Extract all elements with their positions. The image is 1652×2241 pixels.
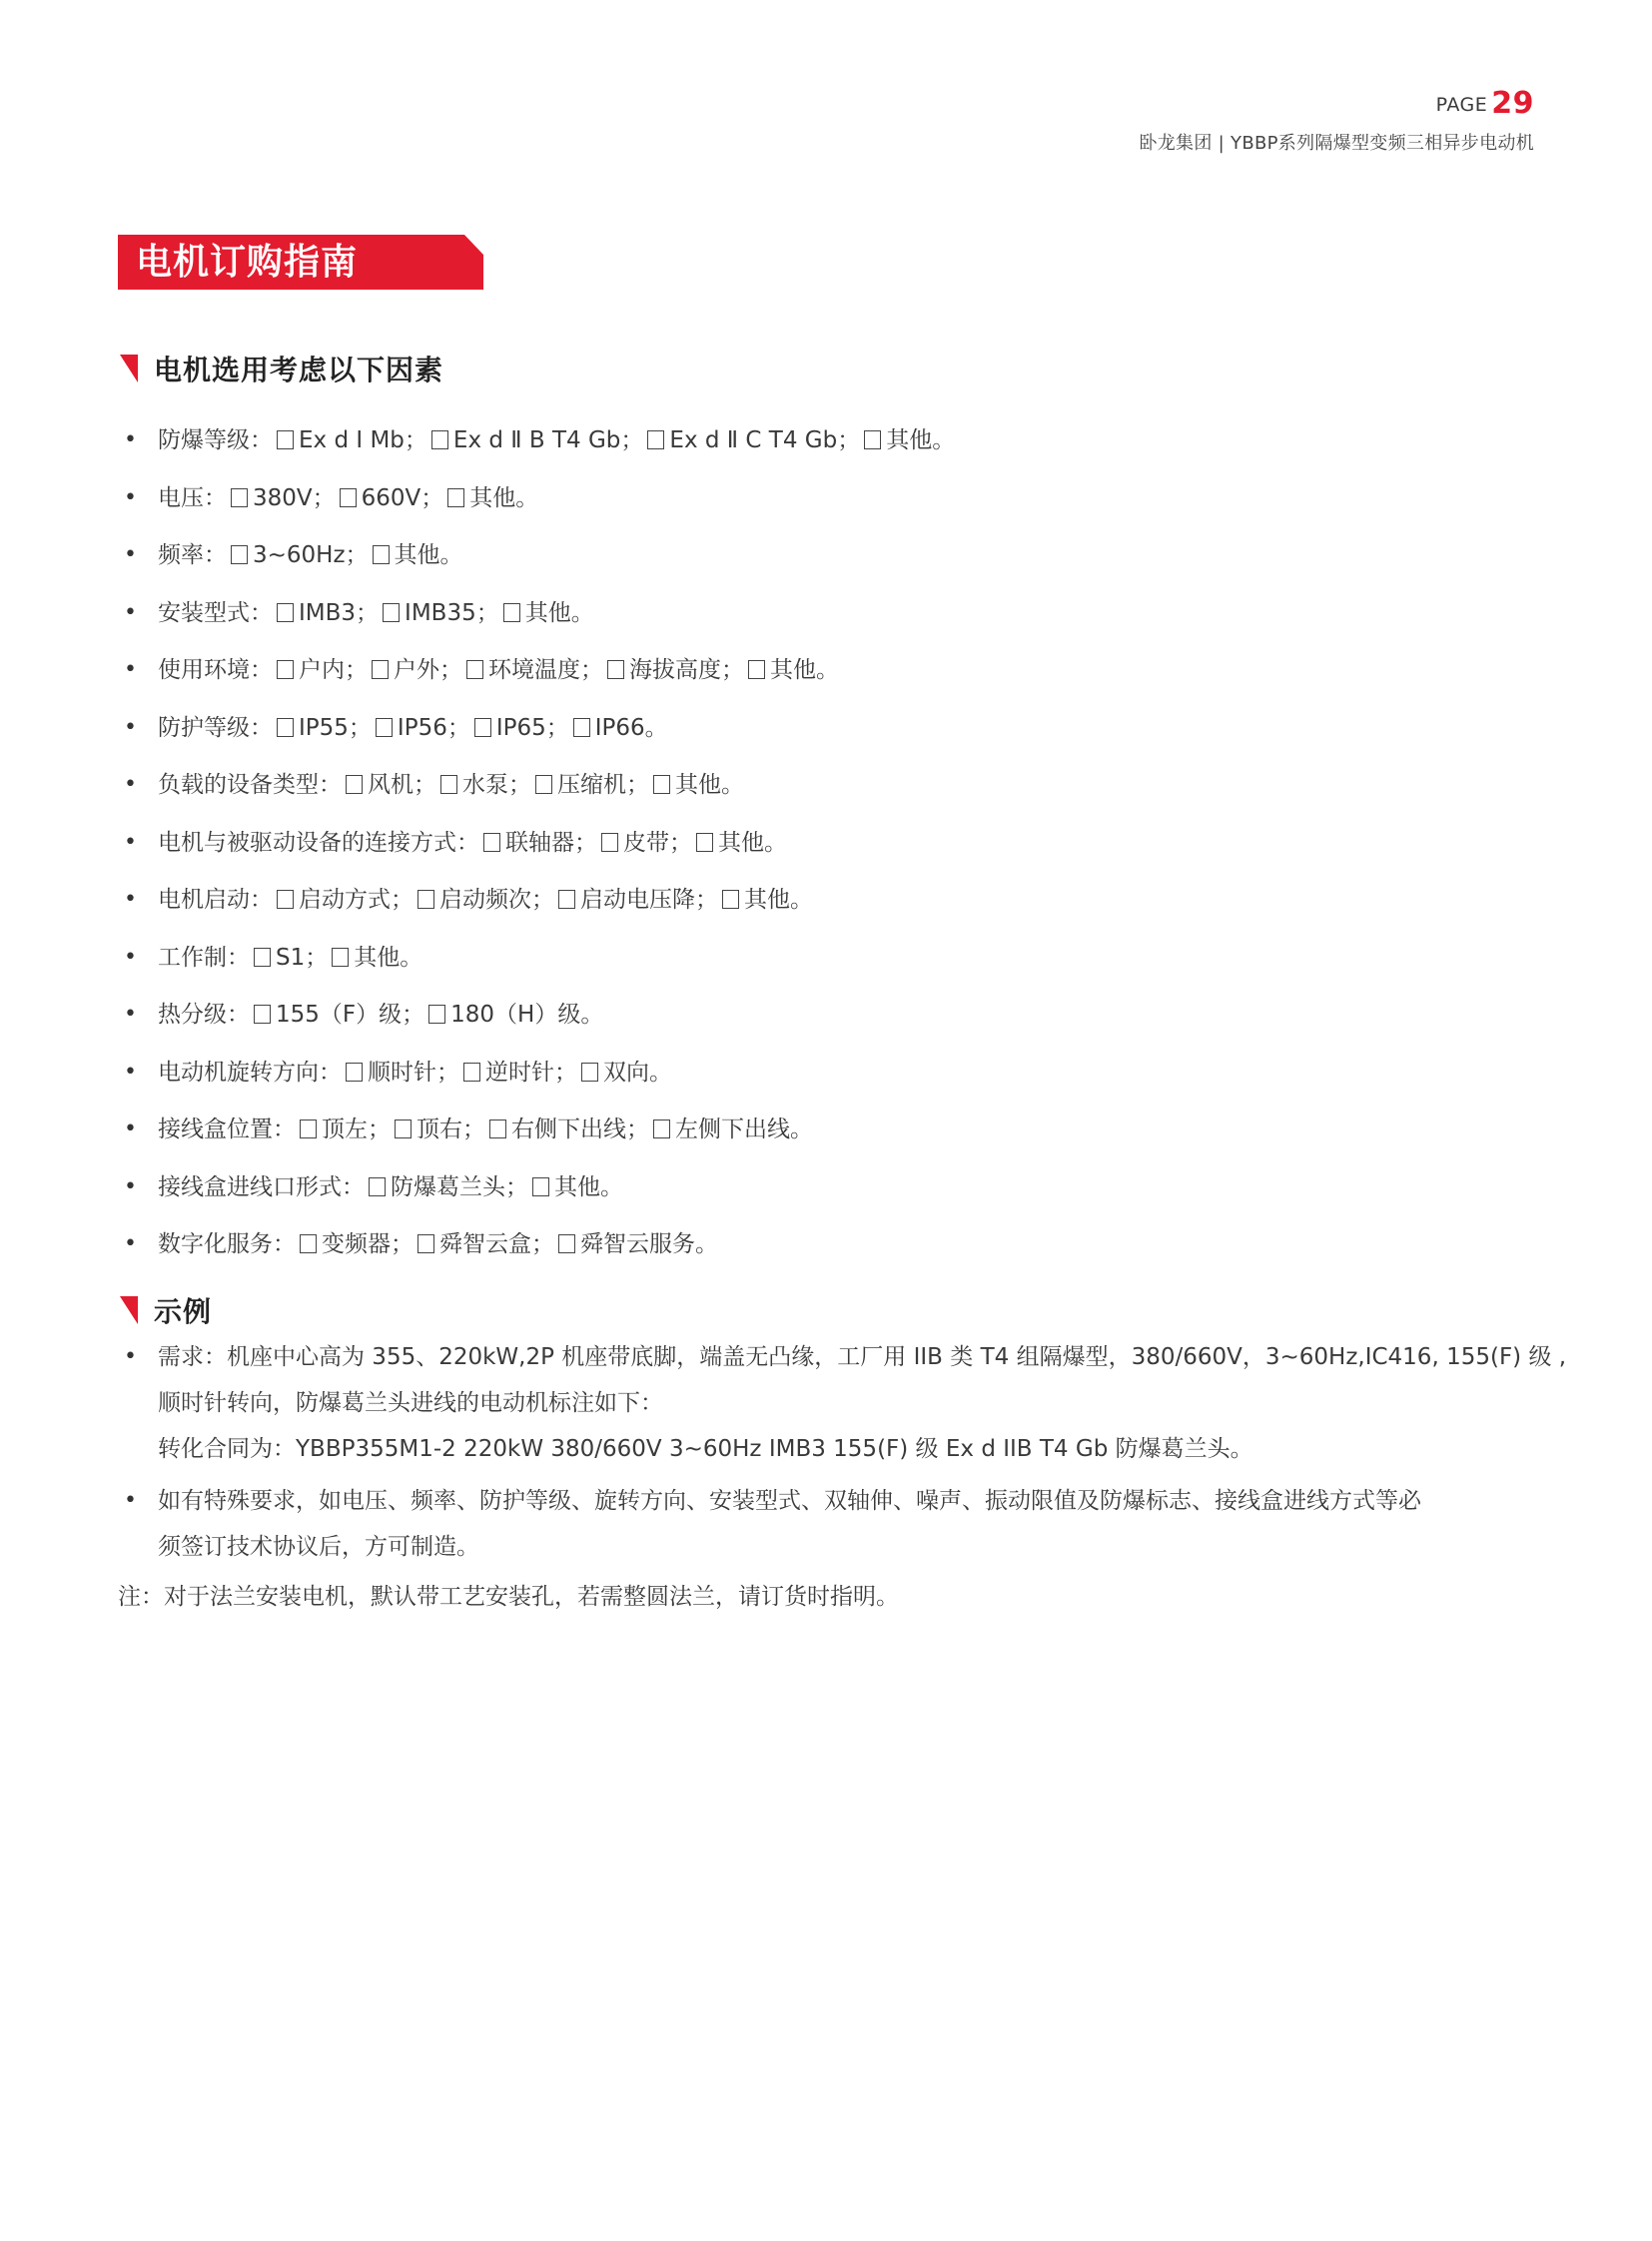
option-label: 其他。 — [675, 772, 744, 798]
example-list: •需求：机座中心高为 355、220kW,2P 机座带底脚，端盖无凸缘，工厂用 … — [120, 1334, 1538, 1570]
checkbox[interactable] — [417, 1234, 434, 1253]
option-label: 水泵； — [462, 772, 531, 798]
bullet-icon: • — [124, 762, 137, 808]
example-line: 需求：机座中心高为 355、220kW,2P 机座带底脚，端盖无凸缘，工厂用 I… — [158, 1334, 1538, 1380]
option-label: 3~60Hz； — [253, 542, 369, 568]
checkbox[interactable] — [383, 603, 400, 622]
factor-item: •防爆等级：Ex d I Mb；Ex d Ⅱ B T4 Gb；Ex d Ⅱ C … — [120, 417, 1538, 475]
bullet-icon: • — [124, 532, 137, 578]
factor-label: 电压： — [158, 485, 227, 511]
factor-item: •电动机旋转方向：顺时针；逆时针；双向。 — [120, 1050, 1538, 1108]
bullet-icon: • — [124, 992, 137, 1038]
factor-item: •数字化服务：变频器；舜智云盒；舜智云服务。 — [120, 1221, 1538, 1279]
option-label: 其他。 — [469, 485, 538, 511]
bullet-icon: • — [124, 1107, 137, 1152]
bullet-icon: • — [124, 1050, 137, 1096]
title-banner: 电机订购指南 — [118, 235, 483, 290]
page-header: PAGE29 卧龙集团 | YBBP系列隔爆型变频三相异步电动机 — [1139, 86, 1534, 155]
checkbox[interactable] — [474, 718, 491, 737]
checkbox[interactable] — [558, 1234, 575, 1253]
checkbox[interactable] — [340, 488, 357, 507]
checkbox[interactable] — [372, 660, 389, 679]
checkbox[interactable] — [373, 545, 390, 564]
option-label: 压缩机； — [557, 772, 649, 798]
document-subtitle: 卧龙集团 | YBBP系列隔爆型变频三相异步电动机 — [1139, 129, 1534, 155]
section-heading-example: 示例 — [120, 1290, 212, 1330]
option-label: IP55； — [299, 715, 372, 741]
checkbox[interactable] — [483, 833, 500, 852]
option-label: 左侧下出线。 — [675, 1117, 813, 1142]
factor-label: 接线盒位置： — [158, 1117, 296, 1142]
example-line: 如有特殊要求，如电压、频率、防护等级、旋转方向、安装型式、双轴伸、噪声、振动限值… — [158, 1478, 1538, 1524]
factor-item: •电机启动：启动方式；启动频次；启动电压降；其他。 — [120, 877, 1538, 935]
factor-label: 负载的设备类型： — [158, 772, 342, 798]
bullet-icon: • — [124, 705, 137, 751]
option-label: 顶右； — [416, 1117, 485, 1142]
red-flag-icon — [120, 355, 138, 382]
factor-item: •工作制：S1；其他。 — [120, 935, 1538, 993]
checkbox[interactable] — [346, 1063, 363, 1082]
factor-label: 电动机旋转方向： — [158, 1060, 342, 1086]
factor-label: 工作制： — [158, 945, 250, 971]
option-label: 户内； — [299, 657, 368, 683]
checkbox[interactable] — [864, 430, 881, 449]
option-label: IP66。 — [595, 715, 668, 741]
checkbox[interactable] — [277, 890, 294, 909]
option-label: 其他。 — [744, 887, 813, 913]
factor-list: •防爆等级：Ex d I Mb；Ex d Ⅱ B T4 Gb；Ex d Ⅱ C … — [120, 417, 1538, 1279]
page-label: PAGE — [1436, 94, 1488, 116]
checkbox[interactable] — [653, 775, 670, 794]
checkbox[interactable] — [447, 488, 464, 507]
factor-label: 接线盒进线口形式： — [158, 1174, 365, 1200]
bullet-icon: • — [124, 590, 137, 636]
page-number-line: PAGE29 — [1139, 86, 1534, 123]
factor-label: 防爆等级： — [158, 427, 273, 453]
checkbox[interactable] — [277, 660, 294, 679]
checkbox[interactable] — [277, 430, 294, 449]
bullet-icon: • — [124, 1164, 137, 1210]
checkbox[interactable] — [231, 488, 248, 507]
note-text: 注：对于法兰安装电机，默认带工艺安装孔，若需整圆法兰，请订货时指明。 — [118, 1574, 899, 1620]
factor-item: •频率：3~60Hz；其他。 — [120, 532, 1538, 590]
factor-label: 电机与被驱动设备的连接方式： — [158, 830, 479, 856]
option-label: IMB35； — [405, 600, 499, 626]
checkbox[interactable] — [601, 833, 618, 852]
example-item: •如有特殊要求，如电压、频率、防护等级、旋转方向、安装型式、双轴伸、噪声、振动限… — [120, 1478, 1538, 1570]
option-label: 环境温度； — [488, 657, 603, 683]
factor-item: •负载的设备类型：风机；水泵；压缩机；其他。 — [120, 762, 1538, 820]
checkbox[interactable] — [254, 948, 271, 967]
option-label: S1； — [276, 945, 328, 971]
bullet-icon: • — [124, 1478, 137, 1524]
option-label: 右侧下出线； — [511, 1117, 649, 1142]
example-line: 转化合同为：YBBP355M1-2 220kW 380/660V 3~60Hz … — [158, 1426, 1538, 1472]
option-label: 启动方式； — [299, 887, 413, 913]
checkbox[interactable] — [696, 833, 713, 852]
option-label: 风机； — [368, 772, 436, 798]
option-label: Ex d Ⅱ C T4 Gb； — [669, 427, 860, 453]
checkbox[interactable] — [346, 775, 363, 794]
checkbox[interactable] — [277, 718, 294, 737]
bullet-icon: • — [124, 1334, 137, 1380]
checkbox[interactable] — [647, 430, 664, 449]
option-label: 其他。 — [770, 657, 839, 683]
checkbox[interactable] — [332, 948, 349, 967]
bullet-icon: • — [124, 1221, 137, 1267]
checkbox[interactable] — [581, 1063, 598, 1082]
bullet-icon: • — [124, 647, 137, 693]
option-label: 380V； — [253, 485, 336, 511]
checkbox[interactable] — [440, 775, 457, 794]
option-label: Ex d I Mb； — [299, 427, 427, 453]
option-label: IMB3； — [299, 600, 379, 626]
checkbox[interactable] — [369, 1177, 386, 1196]
option-label: Ex d Ⅱ B T4 Gb； — [453, 427, 644, 453]
option-label: 逆时针； — [485, 1060, 577, 1086]
factor-label: 数字化服务： — [158, 1231, 296, 1257]
checkbox[interactable] — [417, 890, 434, 909]
section-heading-factors: 电机选用考虑以下因素 — [120, 349, 443, 388]
factor-label: 防护等级： — [158, 715, 273, 741]
red-flag-icon — [120, 1296, 138, 1324]
section-title: 示例 — [154, 1290, 212, 1330]
example-item: •需求：机座中心高为 355、220kW,2P 机座带底脚，端盖无凸缘，工厂用 … — [120, 1334, 1538, 1472]
checkbox[interactable] — [489, 1120, 506, 1138]
option-label: 其他。 — [354, 945, 422, 971]
checkbox[interactable] — [573, 718, 590, 737]
checkbox[interactable] — [653, 1120, 670, 1138]
factor-label: 热分级： — [158, 1002, 250, 1028]
option-label: IP65； — [496, 715, 569, 741]
checkbox[interactable] — [431, 430, 448, 449]
factor-item: •接线盒进线口形式：防爆葛兰头；其他。 — [120, 1164, 1538, 1222]
checkbox[interactable] — [466, 660, 483, 679]
option-label: 顺时针； — [368, 1060, 459, 1086]
option-label: 启动电压降； — [580, 887, 718, 913]
bullet-icon: • — [124, 417, 137, 463]
checkbox[interactable] — [607, 660, 624, 679]
factor-label: 电机启动： — [158, 887, 273, 913]
option-label: IP56； — [398, 715, 470, 741]
option-label: 其他。 — [525, 600, 594, 626]
option-label: 其他。 — [718, 830, 787, 856]
option-label: 其他。 — [554, 1174, 623, 1200]
option-label: 舜智云服务。 — [580, 1231, 718, 1257]
option-label: 其他。 — [886, 427, 955, 453]
factor-label: 安装型式： — [158, 600, 273, 626]
checkbox[interactable] — [300, 1120, 317, 1138]
bullet-icon: • — [124, 935, 137, 981]
checkbox[interactable] — [428, 1005, 445, 1024]
option-label: 顶左； — [322, 1117, 391, 1142]
checkbox[interactable] — [300, 1234, 317, 1253]
factor-item: •防护等级：IP55；IP56；IP65；IP66。 — [120, 705, 1538, 763]
bullet-icon: • — [124, 877, 137, 923]
section-title: 电机选用考虑以下因素 — [154, 349, 443, 388]
example-line: 须签订技术协议后，方可制造。 — [158, 1524, 1538, 1570]
checkbox[interactable] — [254, 1005, 271, 1024]
option-label: 皮带； — [623, 830, 692, 856]
checkbox[interactable] — [376, 718, 393, 737]
checkbox[interactable] — [395, 1120, 412, 1138]
option-label: 户外； — [394, 657, 462, 683]
option-label: 双向。 — [603, 1060, 672, 1086]
option-label: 660V； — [362, 485, 444, 511]
option-label: 海拔高度； — [629, 657, 744, 683]
page-title: 电机订购指南 — [136, 235, 358, 290]
checkbox[interactable] — [722, 890, 739, 909]
factor-item: •安装型式：IMB3；IMB35；其他。 — [120, 590, 1538, 648]
checkbox[interactable] — [231, 545, 248, 564]
factor-item: •电机与被驱动设备的连接方式：联轴器；皮带；其他。 — [120, 820, 1538, 878]
option-label: 启动频次； — [439, 887, 554, 913]
checkbox[interactable] — [535, 775, 552, 794]
checkbox[interactable] — [558, 890, 575, 909]
example-line: 顺时针转向，防爆葛兰头进线的电动机标注如下： — [158, 1380, 1538, 1426]
checkbox[interactable] — [532, 1177, 549, 1196]
factor-item: •接线盒位置：顶左；顶右；右侧下出线；左侧下出线。 — [120, 1107, 1538, 1164]
factor-item: •热分级：155（F）级；180（H）级。 — [120, 992, 1538, 1050]
option-label: 155（F）级； — [276, 1002, 424, 1028]
factor-item: •电压：380V；660V；其他。 — [120, 475, 1538, 533]
option-label: 防爆葛兰头； — [391, 1174, 528, 1200]
checkbox[interactable] — [463, 1063, 480, 1082]
option-label: 联轴器； — [505, 830, 597, 856]
checkbox[interactable] — [277, 603, 294, 622]
factor-label: 频率： — [158, 542, 227, 568]
option-label: 舜智云盒； — [439, 1231, 554, 1257]
checkbox[interactable] — [748, 660, 765, 679]
bullet-icon: • — [124, 820, 137, 866]
bullet-icon: • — [124, 475, 137, 521]
factor-label: 使用环境： — [158, 657, 273, 683]
factor-item: •使用环境：户内；户外；环境温度；海拔高度；其他。 — [120, 647, 1538, 705]
checkbox[interactable] — [503, 603, 520, 622]
option-label: 180（H）级。 — [450, 1002, 603, 1028]
option-label: 变频器； — [322, 1231, 413, 1257]
option-label: 其他。 — [395, 542, 463, 568]
page-number: 29 — [1491, 86, 1534, 121]
